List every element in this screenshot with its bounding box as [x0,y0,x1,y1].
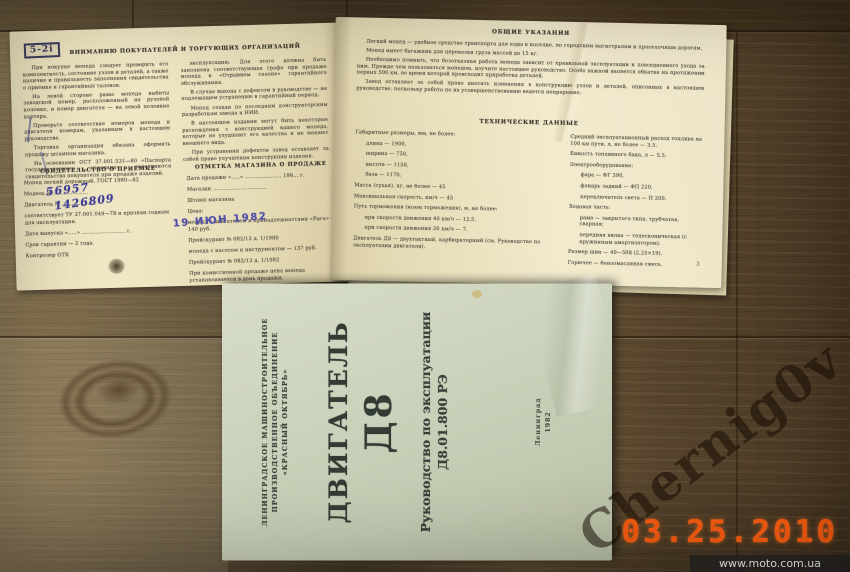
form-line: Прейскурант № 082/13 д. 1/1980 [188,234,337,245]
general-instructions-page: ОБЩИЕ УКАЗАНИЯ Легкий мопед — удобное ср… [330,17,726,288]
spec-line: Габаритные размеры, мм, не более: [355,129,552,140]
store-sale-note: ОТМЕТКА МАГАЗИНА О ПРОДАЖЕ Дата продажи … [186,161,339,300]
technical-data-right: Средний эксплуатационный расход топлива … [568,134,705,273]
imprint-city: Ленинград [534,283,544,560]
spec-line: Электрооборудование: [570,162,704,171]
spec-line: Максимальная скорость, км/ч — 45 [354,193,551,204]
spec-line: база — 1170. [354,172,551,183]
wood-plank-vertical-seam [736,30,738,572]
subtitle-line: Д8.01.800 РЭ [435,283,452,560]
spec-line: Двигатель Д8 — двухтактный, карбюраторны… [353,235,550,252]
paragraph: Проверьте соответствие номеров мопеда и … [24,119,170,143]
wood-plank-joint [132,0,134,30]
technical-data-heading: ТЕХНИЧЕСКИЕ ДАННЫЕ [334,116,725,130]
form-line: Дата выпуска «.....» ...................… [25,227,174,238]
publisher-line: «КРАСНЫЙ ОКТЯБРЬ» [280,283,290,560]
cover-face: ЛЕНИНГРАДСКОЕ МАШИНОСТРОИТЕЛЬНОЕ ПРОИЗВО… [222,283,612,560]
spec-line: Емкость топливного бака, л — 5,5. [570,151,704,160]
engine-manual-cover: ЛЕНИНГРАДСКОЕ МАШИНОСТРОИТЕЛЬНОЕ ПРОИЗВО… [222,283,612,560]
spec-line: Ходовая часть: [569,204,703,213]
publisher-line: ПРОИЗВОДСТВЕННОЕ ОБЪЕДИНЕНИЕ [270,283,280,560]
form-line: мопеда с насосом и инструментом — 137 ру… [189,245,338,256]
publisher-line: ЛЕНИНГРАДСКОЕ МАШИНОСТРОИТЕЛЬНОЕ [260,283,270,560]
paragraph: В настоящем издании могут быть некоторые… [182,117,329,147]
spec-line: длина — 1900, [355,140,552,151]
cover-imprint: Ленинград 1982 [534,283,554,560]
spec-line: высота — 1150, [355,161,552,172]
form-line: соответствует ТУ 37.001.049—78 и признан… [25,209,174,226]
spec-line: фонарь задний — ФП 220, [569,183,703,192]
stain-spot [472,290,482,298]
form-line: При комиссионной продаже цена мопеда уст… [189,267,338,284]
spec-line: Средний эксплуатационный расход топлива … [570,134,704,150]
form-line: Срок гарантии — 2 года. [25,238,174,249]
photo-of-engine-manual: 5-2і ВНИМАНИЮ ПОКУПАТЕЛЕЙ И ТОРГУЮЩИХ ОР… [0,0,850,572]
form-line: Магазин ............................... [187,183,336,194]
spec-line: рама — закрытого типа, трубчатая, сварна… [569,215,703,231]
cover-subtitle: Руководство по эксплуатации Д8.01.800 РЭ [418,283,452,560]
left-page-heading: ВНИМАНИЮ ПОКУПАТЕЛЕЙ И ТОРГУЮЩИХ ОРГАНИЗ… [50,43,320,57]
warranty-page: 5-2і ВНИМАНИЮ ПОКУПАТЕЛЕЙ И ТОРГУЮЩИХ ОР… [9,22,349,290]
spec-line: Размер шин — 40—508 (2,25×19). [568,249,702,258]
general-instructions-heading: ОБЩИЕ УКАЗАНИЯ [335,26,726,40]
site-url-bar: www.moto.com.ua [690,555,850,572]
spec-line: переключатель света — П 200. [569,193,703,202]
paragraph: эксплуатацию. Для этого должна быть запо… [180,57,327,87]
paragraph: На левой стороне рамы мопеда выбиты заво… [23,90,170,120]
form-line: Дата продажи «.....» ...................… [187,172,336,183]
wood-knot [26,320,200,485]
form-line: Контролер ОТК [26,249,175,260]
general-instructions-text: Легкий мопед — удобное средство транспор… [356,38,705,101]
spec-line: при скорости движения 20 км/ч — 7. [353,225,550,236]
spec-line: ширина — 750, [355,151,552,162]
technical-data-left: Габаритные размеры, мм, не более:длина —… [353,129,553,269]
page-number: 3 [696,262,700,268]
paragraph: В случае выхода с дефектом в руководстве… [181,86,327,103]
paragraph: Мопед создан по последним конструкторски… [182,101,328,118]
subtitle-line: Руководство по эксплуатации [418,283,435,560]
spec-line: Горючее — бензомасляная смесь. [568,260,702,269]
spec-line: при скорости движения 40 км/ч — 12,5, [354,214,551,225]
paragraph: При покупке мопеда следует проверить его… [22,61,169,91]
sale-lines: Дата продажи «.....» ...................… [187,172,339,296]
cover-model: Д8 [358,283,400,560]
spec-line: передняя вилка — телескопическая (с пруж… [568,232,702,248]
technical-data-columns: Габаритные размеры, мм, не более:длина —… [353,129,708,273]
form-line: Прейскурант № 082/13 д. 1/1982 [189,256,338,267]
spec-line: Масса (сухая), кг, не более — 45 [354,182,551,193]
publisher-lines: ЛЕНИНГРАДСКОЕ МАШИНОСТРОИТЕЛЬНОЕ ПРОИЗВО… [260,283,290,560]
spec-line: Путь торможения (юзом торможения), м, не… [354,204,551,215]
form-line: Штамп магазина [187,194,336,205]
spec-line: фара — ФГ 390, [570,172,704,181]
cover-title: ДВИГАТЕЛЬ [324,283,353,560]
camera-date-stamp: 03.25.2010 [621,514,838,550]
imprint-year: 1982 [544,283,554,560]
